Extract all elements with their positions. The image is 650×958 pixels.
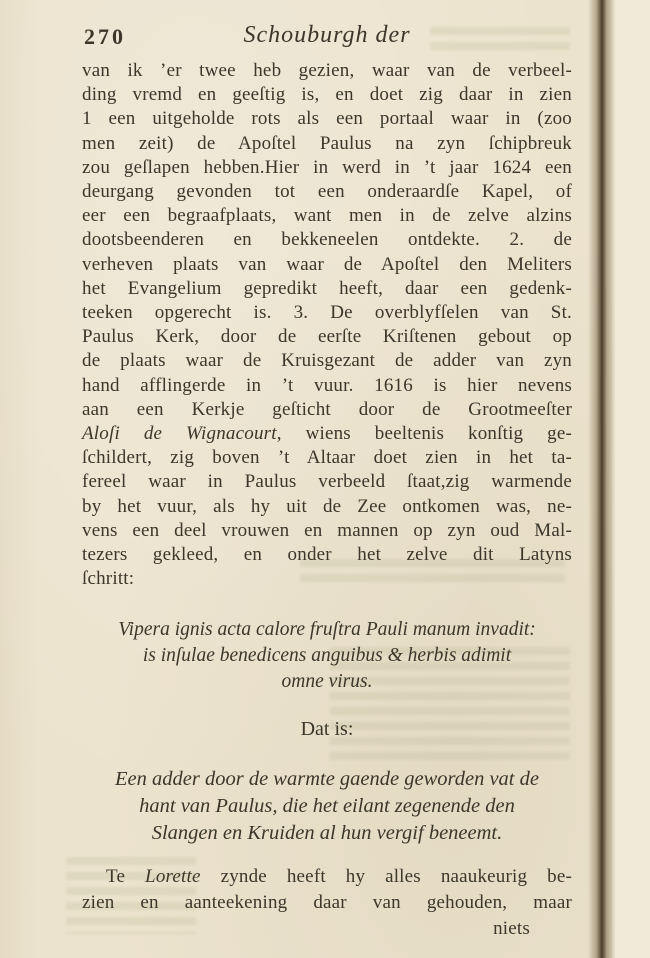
text-line: by het vuur, als hy uit de Zee ontkomen … [82,495,572,519]
page-header: 270 Schouburgh der [82,22,572,54]
text-line: tezers gekleed, en onder het zelve dit L… [82,543,572,567]
text-line: men zeit) de Apoſtel Paulus na zyn ſchip… [82,132,572,156]
page-number: 270 [84,24,126,50]
facing-page-edge [612,0,650,958]
place-name-italic: Lorette [145,866,201,887]
text-line: dootsbeenderen en bekkeneelen ontdekte. … [82,228,572,252]
latin-quote-line: is inſulae benedicens anguibus & herbis … [82,643,572,669]
dat-is-label: Dat is: [82,717,572,742]
dutch-translation-quote: Een adder door de warmte gaende geworden… [82,766,572,847]
latin-quote-line: Vipera ignis acta calore fruſtra Pauli m… [82,617,572,643]
text-line: verheven plaats van waar de Apoſtel den … [82,253,572,277]
text-line: aan een Kerkje geſticht door de Grootmee… [82,398,572,422]
text-line: ſchildert, zig boven ’t Altaar doet zien… [82,446,572,470]
paragraph-2: Te Lorette zynde heeft hy alles naaukeur… [82,864,572,942]
text-line: zou geſlapen hebben.Hier in werd in ’t j… [82,156,572,180]
latin-quote-line: omne virus. [82,669,572,695]
artist-name-italic: Aloſi de Wignacourt [82,423,277,444]
paragraph-1-part-a: van ik ’er twee heb gezien, waar van de … [82,59,572,422]
text-line: 1 een uitgeholde rots als een portaal wa… [82,107,572,131]
paragraph-1-last-line: ſchritt: [82,567,572,591]
text-column: van ik ’er twee heb gezien, waar van de … [82,59,572,942]
text-line: de plaats waar de Kruisgezant de adder v… [82,349,572,373]
book-page-scan: 270 Schouburgh der van ik ’er twee heb g… [0,0,650,958]
text-line: van ik ’er twee heb gezien, waar van de … [82,59,572,83]
translation-line: hant van Paulus, die het eilant zegenend… [82,793,572,820]
text-line: fereel waar in Paulus verbeeld ſtaat,zig… [82,470,572,494]
book-gutter-crease [588,0,616,958]
paragraph-1-part-b: ſchildert, zig boven ’t Altaar doet zien… [82,446,572,567]
running-title: Schouburgh der [82,22,572,49]
translation-line: Slangen en Kruiden al hun vergif beneemt… [82,820,572,847]
text-line: Te Lorette zynde heeft hy alles naaukeur… [82,864,572,890]
latin-quote: Vipera ignis acta calore fruſtra Pauli m… [82,617,572,695]
text-line: deurgang gevonden tot een onderaardſe Ka… [82,180,572,204]
text-line: teeken opgerecht is. 3. De overblyfſelen… [82,301,572,325]
text-line: zien en aanteekening daar van gehouden, … [82,890,572,916]
text-line: het Evangelium gepredikt heeft, daar een… [82,277,572,301]
text-segment: zynde heeft hy alles naaukeurig be- [201,866,572,887]
text-line: ding vremd en geeſtig is, en doet zig da… [82,83,572,107]
text-segment: Te [106,866,145,887]
text-line: vens een deel vrouwen en mannen op zyn o… [82,519,572,543]
translation-line: Een adder door de warmte gaende geworden… [82,766,572,793]
catchword: niets [82,916,572,942]
text-line-rest: , wiens beeltenis konſtig ge- [277,423,572,444]
text-line: hand afflingerde in ’t vuur. 1616 is hie… [82,374,572,398]
text-line: eer een begraafplaats, want men in de ze… [82,204,572,228]
text-line: Paulus Kerk, door de eerſte Kriſtenen ge… [82,325,572,349]
text-line-with-name: Aloſi de Wignacourt, wiens beeltenis kon… [82,422,572,446]
